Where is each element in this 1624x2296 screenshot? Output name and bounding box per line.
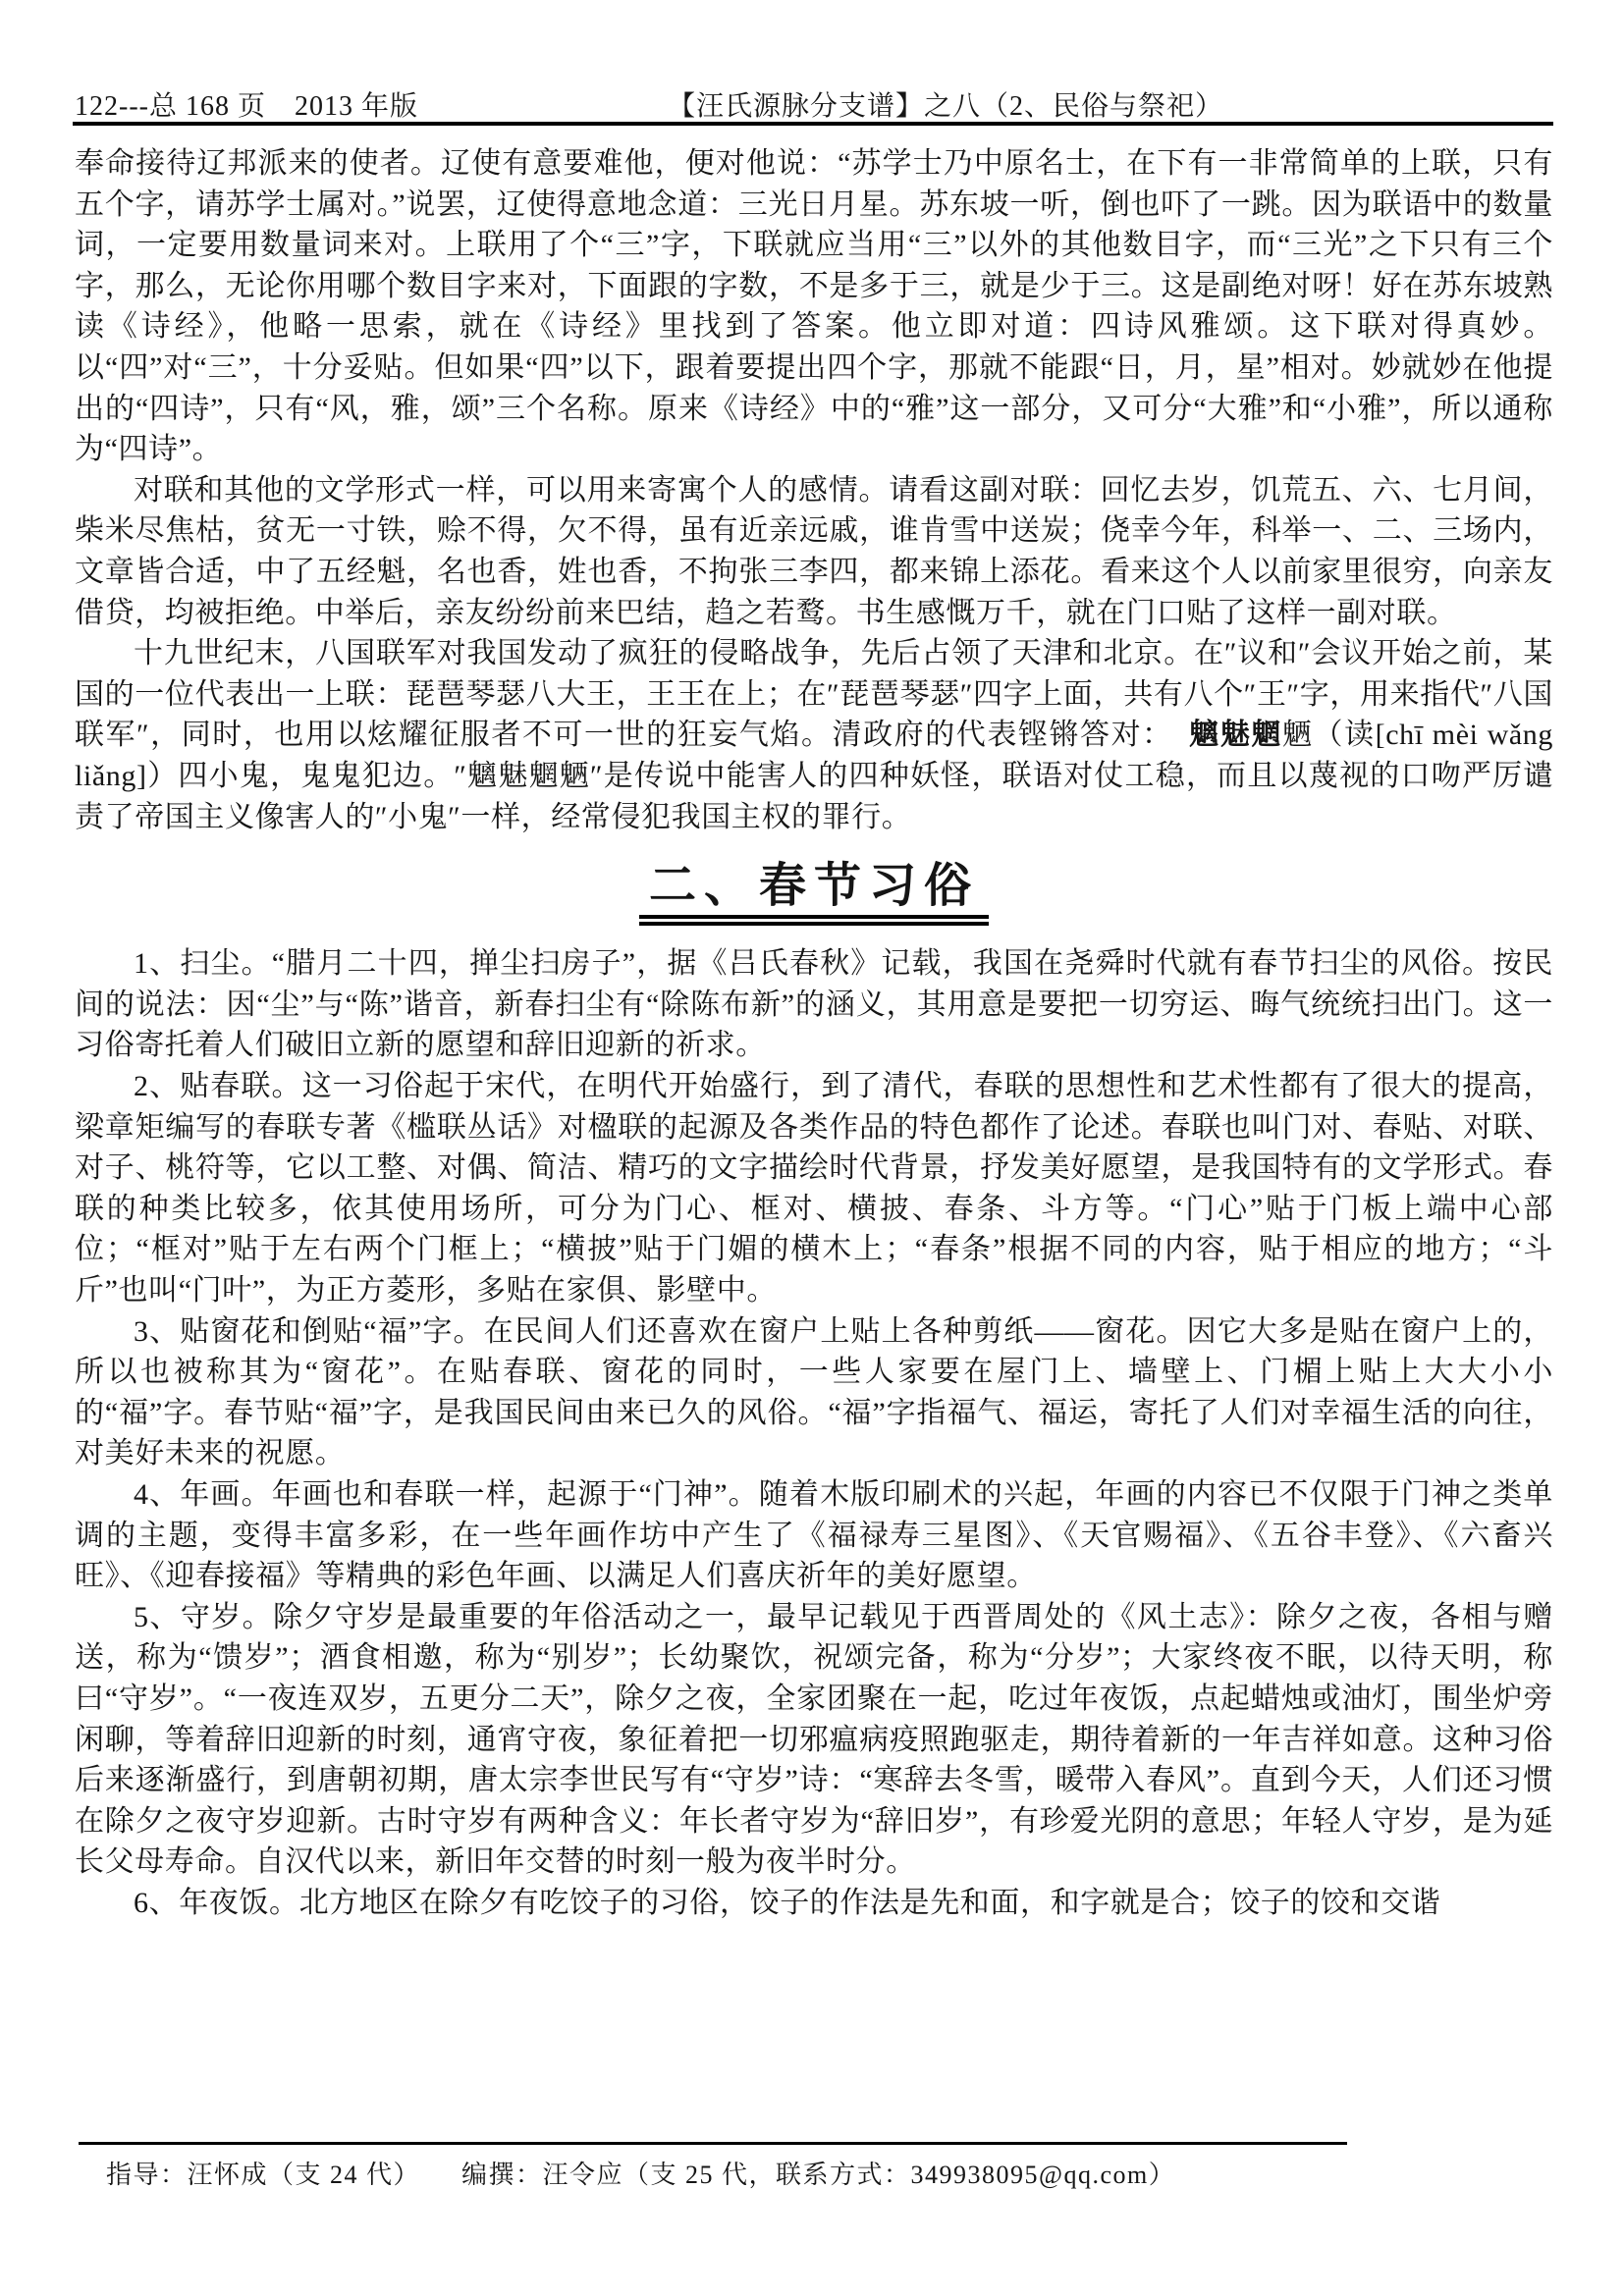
credits: 指导：汪怀成（支 24 代） 编撰：汪令应（支 25 代，联系方式：349938… (106, 2155, 1434, 2191)
custom-item-staying-up: 5、守岁。除夕守岁是最重要的年俗活动之一，最早记载见于西晋周处的《风土志》：除夕… (75, 1597, 1553, 1883)
section-heading: 二、春节习俗 (75, 859, 1553, 926)
page-number-and-edition: 122---总 168 页 2013 年版 (75, 84, 418, 124)
custom-item-sweeping-dust: 1、扫尘。“腊月二十四，掸尘扫房子”，据《吕氏春秋》记载，我国在尧舜时代就有春节… (75, 943, 1553, 1066)
page-footer: 指导：汪怀成（支 24 代） 编撰：汪令应（支 25 代，联系方式：349938… (79, 2142, 1434, 2191)
document-page: 122---总 168 页 2013 年版 【汪氏源脉分支谱】之八（2、民俗与祭… (0, 0, 1624, 2296)
section-title: 二、春节习俗 (639, 859, 989, 926)
custom-item-new-year-dinner: 6、年夜饭。北方地区在除夕有吃饺子的习俗，饺子的作法是先和面，和字就是合；饺子的… (75, 1883, 1553, 1924)
custom-item-window-paper-cuts: 3、贴窗花和倒贴“福”字。在民间人们还喜欢在窗户上贴上各种剪纸——窗花。因它大多… (75, 1311, 1553, 1474)
custom-item-spring-couplets: 2、贴春联。这一习俗起于宋代，在明代开始盛行，到了清代，春联的思想性和艺术性都有… (75, 1066, 1553, 1311)
footer-rule (79, 2142, 1347, 2145)
intro-paragraph-1: 奉命接待辽邦派来的使者。辽使有意要难他，便对他说：“苏学士乃中原名士，在下有一非… (75, 143, 1553, 470)
body-text: 奉命接待辽邦派来的使者。辽使有意要难他，便对他说：“苏学士乃中原名士，在下有一非… (75, 143, 1553, 1924)
custom-item-new-year-pictures: 4、年画。年画也和春联一样，起源于“门神”。随着木版印刷术的兴起，年画的内容已不… (75, 1474, 1553, 1597)
intro-paragraph-3-bold: 魑魅魍 (1189, 719, 1282, 751)
book-title: 【汪氏源脉分支谱】之八（2、民俗与祭祀） (668, 84, 1223, 124)
intro-paragraph-3: 十九世纪末，八国联军对我国发动了疯狂的侵略战争，先后占领了天津和北京。在″议和″… (75, 633, 1553, 837)
intro-paragraph-2: 对联和其他的文学形式一样，可以用来寄寓个人的感情。请看这副对联：回忆去岁，饥荒五… (75, 470, 1553, 633)
header-rule (73, 122, 1553, 126)
